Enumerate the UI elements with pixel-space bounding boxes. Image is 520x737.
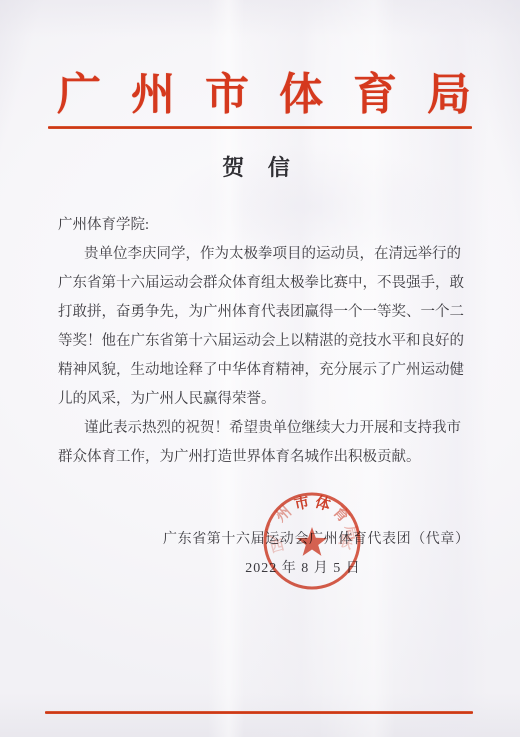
- official-seal: 广州市体育局 西 联: [260, 489, 364, 593]
- letter-page: 广州市体育局 贺 信 广州体育学院: 贵单位李庆同学，作为太极拳项目的运动员，在…: [0, 0, 520, 737]
- letterhead-org-name: 广州市体育局: [57, 58, 520, 122]
- star-icon: [297, 527, 327, 556]
- body-line: 广东省第十六届运动会群众体育组太极拳比赛中，不畏强手，敢: [58, 269, 466, 298]
- footer-rule: [45, 711, 473, 714]
- letter-body: 广州体育学院: 贵单位李庆同学，作为太极拳项目的运动员，在清远举行的 广东省第十…: [58, 211, 466, 472]
- body-line: 谨此表示热烈的祝贺！希望贵单位继续大力开展和支持我市: [58, 414, 466, 443]
- body-line: 等奖！他在广东省第十六届运动会上以精湛的竞技水平和良好的: [58, 327, 466, 356]
- body-line: 贵单位李庆同学，作为太极拳项目的运动员，在清远举行的: [58, 240, 466, 269]
- seal-ghost-left: 西: [268, 537, 286, 556]
- body-line: 群众体育工作，为广州打造世界体育名城作出积极贡献。: [58, 443, 466, 472]
- body-line: 儿的风采，为广州人民赢得荣誉。: [58, 385, 466, 414]
- letterhead-rule: [48, 126, 472, 129]
- body-line: 打敢拼，奋勇争先，为广州体育代表团赢得一个一等奖、一个二: [58, 298, 466, 327]
- body-line: 精神风貌，生动地诠释了中华体育精神，充分展示了广州运动健: [58, 356, 466, 385]
- salutation-line: 广州体育学院:: [58, 211, 466, 240]
- letter-title: 贺 信: [0, 151, 512, 182]
